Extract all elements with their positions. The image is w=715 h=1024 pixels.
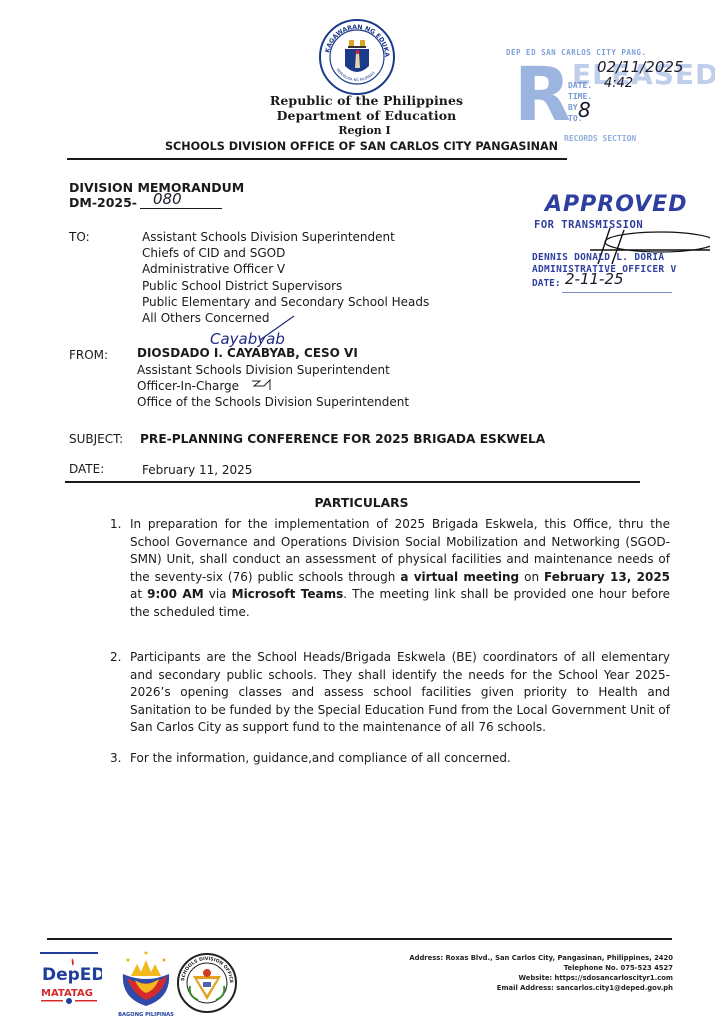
to-recipient: Assistant Schools Division Superintenden… xyxy=(142,229,429,245)
memo-number-line xyxy=(140,208,222,209)
initial-mark-icon xyxy=(250,378,274,392)
particulars-heading: PARTICULARS xyxy=(0,496,715,510)
subject-value: PRE-PLANNING CONFERENCE FOR 2025 BRIGADA… xyxy=(140,432,545,446)
approved-date-handwritten: 2-11-25 xyxy=(565,270,624,288)
footer-contact-info: Address: Roxas Blvd., San Carlos City, P… xyxy=(409,953,673,993)
paragraph-1: 1. In preparation for the implementation… xyxy=(110,516,670,622)
footer-website[interactable]: Website: https://sdosancarloscityr1.com xyxy=(409,973,673,983)
from-name: DIOSDADO I. CAYABYAB, CESO VI xyxy=(137,346,358,360)
body-text: at xyxy=(130,587,147,601)
to-recipient: Public School District Supervisors xyxy=(142,278,429,294)
svg-text:MATATAG: MATATAG xyxy=(41,988,93,999)
date-label: DATE: xyxy=(69,462,104,476)
subject-label: SUBJECT: xyxy=(69,432,123,446)
deped-matatag-logo: DepED MATATAG xyxy=(38,950,102,1012)
footer-divider xyxy=(47,938,672,940)
footer-telephone: Telephone No. 075-523 4527 xyxy=(409,963,673,973)
footer-address: Address: Roxas Blvd., San Carlos City, P… xyxy=(409,953,673,963)
svg-text:BAGONG PILIPINAS: BAGONG PILIPINAS xyxy=(118,1012,174,1018)
body-text: via xyxy=(204,587,232,601)
from-title: Assistant Schools Division Superintenden… xyxy=(137,362,409,378)
svg-text:DepED: DepED xyxy=(42,965,102,985)
to-recipient: Chiefs of CID and SGOD xyxy=(142,245,429,261)
released-date-handwritten: 02/11/2025 xyxy=(597,58,683,76)
released-row-date: DATE. xyxy=(568,80,592,91)
released-time-handwritten: 4:42 xyxy=(604,76,633,91)
approved-date-line xyxy=(562,292,672,293)
paragraph-text: For the information, guidance,and compli… xyxy=(130,750,670,768)
date-value: February 11, 2025 xyxy=(142,462,252,478)
approved-title: APPROVED xyxy=(545,192,687,217)
approved-name: DENNIS DONALD L. DORIA xyxy=(532,252,664,263)
body-text: on xyxy=(519,570,544,584)
emphasis-text: 9:00 AM xyxy=(147,587,204,601)
to-recipient: Public Elementary and Secondary School H… xyxy=(142,294,429,310)
sdo-san-carlos-seal: SCHOOLS DIVISION OFFICE xyxy=(176,952,238,1014)
released-stamp-letter: R xyxy=(514,58,571,132)
paragraph-number: 2. xyxy=(110,649,121,667)
paragraph-text: In preparation for the implementation of… xyxy=(130,516,670,622)
memo-number-prefix: DM-2025- xyxy=(69,195,137,210)
body-text: For the information, guidance,and compli… xyxy=(130,751,511,765)
emphasis-text: Microsoft Teams xyxy=(232,587,344,601)
date-divider xyxy=(65,481,640,483)
approved-date-label: DATE: xyxy=(532,278,561,289)
from-label: FROM: xyxy=(69,348,108,362)
header-divider xyxy=(67,158,567,160)
released-to-handwritten: 8 xyxy=(578,98,591,122)
from-title: Office of the Schools Division Superinte… xyxy=(137,394,409,410)
emphasis-text: February 13, 2025 xyxy=(544,570,670,584)
paragraph-text: Participants are the School Heads/Brigad… xyxy=(130,649,670,737)
paragraph-2: 2. Participants are the School Heads/Bri… xyxy=(110,649,670,737)
released-stamp-records: RECORDS SECTION xyxy=(564,134,636,143)
footer-email[interactable]: Email Address: sancarlos.city1@deped.gov… xyxy=(409,983,673,993)
to-label: TO: xyxy=(69,230,90,244)
body-text: Participants are the School Heads/Brigad… xyxy=(130,650,670,734)
to-recipient: Administrative Officer V xyxy=(142,261,429,277)
paragraph-3: 3. For the information, guidance,and com… xyxy=(110,750,670,768)
emphasis-text: a virtual meeting xyxy=(400,570,519,584)
signature-stroke-icon xyxy=(258,312,298,342)
bagong-pilipinas-logo: BAGONG PILIPINAS xyxy=(115,950,177,1018)
paragraph-number: 1. xyxy=(110,516,121,534)
paragraph-number: 3. xyxy=(110,750,121,768)
deped-seal-logo: KAGAWARAN NG EDUKASYON REPUBLIKA NG PILI… xyxy=(318,18,396,96)
memo-number-handwritten: 080 xyxy=(153,190,182,208)
